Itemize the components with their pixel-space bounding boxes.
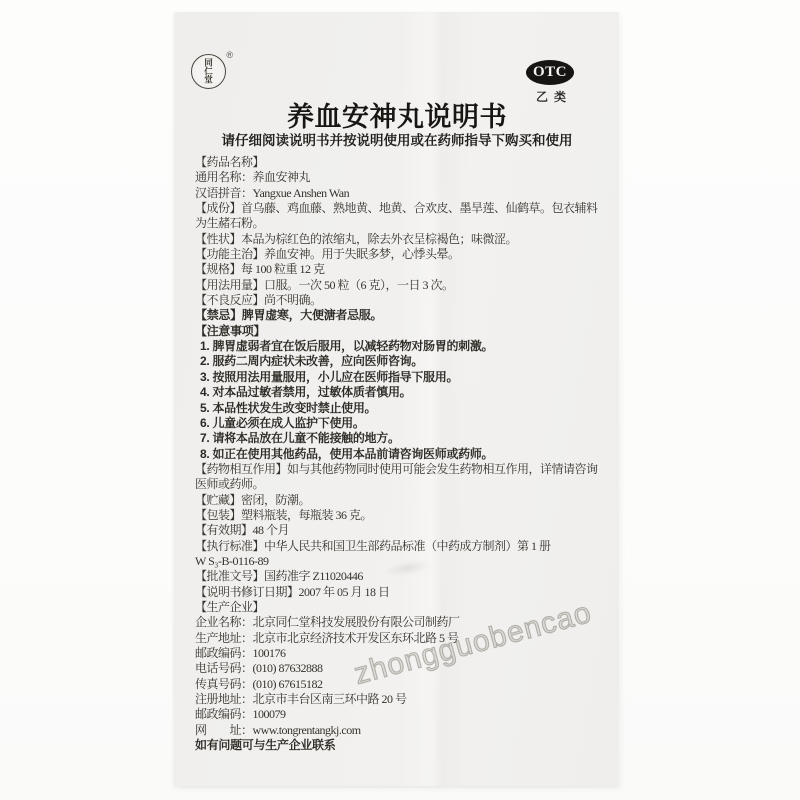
- logo-characters: 同仁堂: [203, 59, 213, 85]
- leaflet-line: 如有问题可与生产企业联系: [195, 738, 599, 753]
- leaflet-line: 【性状】本品为棕红色的浓缩丸，除去外衣呈棕褐色；味微涩。: [195, 232, 599, 247]
- subtitle: 请仔细阅读说明书并按说明使用或在药师指导下购买和使用: [175, 129, 619, 149]
- leaflet-line: 企业名称：北京同仁堂科技发展股份有限公司制药厂: [195, 615, 599, 630]
- leaflet-line: 【生产企业】: [195, 600, 599, 615]
- leaflet-line: 【禁忌】脾胃虚寒，大便溏者忌服。: [195, 308, 599, 323]
- leaflet-line: 【不良反应】尚不明确。: [195, 293, 599, 308]
- leaflet-line: 【药品名称】: [195, 155, 599, 170]
- leaflet-line: 【药物相互作用】如与其他药物同时使用可能会发生药物相互作用，详情请咨询: [195, 462, 599, 477]
- leaflet-line: 为生赭石粉。: [195, 216, 599, 231]
- instruction-leaflet: 同仁堂 ® OTC 乙类 养血安神丸说明书 请仔细阅读说明书并按说明使用或在药师…: [175, 12, 619, 786]
- leaflet-line: 【规格】每 100 粒重 12 克: [195, 262, 599, 277]
- leaflet-line: 【贮藏】密闭，防潮。: [195, 493, 599, 508]
- registered-trademark-mark: ®: [226, 50, 233, 60]
- leaflet-line: 传真号码：(010) 67615182: [195, 677, 599, 692]
- product-photo: 同仁堂 ® OTC 乙类 养血安神丸说明书 请仔细阅读说明书并按说明使用或在药师…: [0, 0, 800, 800]
- tongrentang-logo: 同仁堂 ®: [191, 54, 235, 96]
- leaflet-line: 汉语拼音：Yangxue Anshen Wan: [195, 186, 599, 201]
- leaflet-line: 注册地址：北京市丰台区南三环中路 20 号: [195, 692, 599, 707]
- leaflet-line: 7. 请将本品放在儿童不能接触的地方。: [195, 431, 599, 446]
- leaflet-line: 【有效期】48 个月: [195, 523, 599, 538]
- leaflet-body: 【药品名称】通用名称：养血安神丸汉语拼音：Yangxue Anshen Wan【…: [195, 155, 599, 753]
- tongrentang-seal-icon: 同仁堂: [191, 54, 226, 89]
- otc-label: OTC: [526, 60, 574, 85]
- leaflet-line: 【成份】首乌藤、鸡血藤、熟地黄、地黄、合欢皮、墨旱莲、仙鹤草。包衣辅料: [195, 201, 599, 216]
- leaflet-line: 【执行标准】中华人民共和国卫生部药品标准（中药成方制剂）第 1 册: [195, 539, 599, 554]
- leaflet-line: 6. 儿童必须在成人监护下使用。: [195, 416, 599, 431]
- leaflet-line: 2. 服药二周内症状未改善，应向医师咨询。: [195, 354, 599, 369]
- leaflet-line: 医师或药师。: [195, 477, 599, 492]
- leaflet-line: 网 址：www.tongrentangkj.com: [195, 723, 599, 738]
- leaflet-line: 【注意事项】: [195, 324, 599, 339]
- leaflet-line: 5. 本品性状发生改变时禁止使用。: [195, 401, 599, 416]
- leaflet-line: 【用法用量】口服。一次 50 粒（6 克），一日 3 次。: [195, 278, 599, 293]
- leaflet-line: 电话号码：(010) 87632888: [195, 661, 599, 676]
- leaflet-line: 【功能主治】养血安神。用于失眠多梦，心悸头晕。: [195, 247, 599, 262]
- leaflet-line: 通用名称：养血安神丸: [195, 170, 599, 185]
- leaflet-line: 8. 如正在使用其他药品，使用本品前请咨询医师或药师。: [195, 447, 599, 462]
- leaflet-line: 【说明书修订日期】2007 年 05 月 18 日: [195, 585, 599, 600]
- leaflet-line: 4. 对本品过敏者禁用，过敏体质者慎用。: [195, 385, 599, 400]
- leaflet-line: 1. 脾胃虚弱者宜在饭后服用，以减轻药物对肠胃的刺激。: [195, 339, 599, 354]
- leaflet-line: 邮政编码：100176: [195, 646, 599, 661]
- leaflet-line: 邮政编码：100079: [195, 707, 599, 722]
- leaflet-line: 生产地址：北京市北京经济技术开发区东环北路 5 号: [195, 631, 599, 646]
- leaflet-line: 3. 按照用法用量服用，小儿应在医师指导下服用。: [195, 370, 599, 385]
- leaflet-line: 【包装】塑料瓶装，每瓶装 36 克。: [195, 508, 599, 523]
